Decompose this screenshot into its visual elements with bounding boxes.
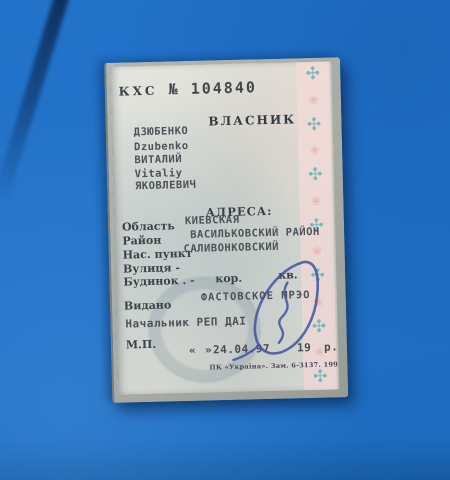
date-open-quote: «	[189, 344, 196, 357]
owner-firstname-cyrillic: ВИТАЛИЙ	[134, 153, 182, 166]
document-series: КХС	[119, 84, 158, 99]
registration-document: ✣ ❀ ✣ ❀ ✣ ❀ ✣ ❀ ✣ ❀ ✣ ❀ ✣ КХС № 104840 В…	[104, 57, 348, 403]
owner-heading: ВЛАСНИК	[208, 112, 296, 128]
blossom-icon: ❀	[308, 94, 318, 106]
clover-flower-icon: ✣	[307, 116, 322, 133]
photo-of-document: { "scene": { "surface_blue": "#1e6fc8" }…	[0, 0, 450, 480]
blue-surface-background: ✣ ❀ ✣ ❀ ✣ ❀ ✣ ❀ ✣ ❀ ✣ ❀ ✣ КХС № 104840 В…	[0, 0, 450, 480]
owner-patronymic: ЯКОВЛЕВИЧ	[135, 179, 197, 192]
clover-flower-icon: ✣	[306, 66, 321, 83]
blossom-icon: ❀	[310, 144, 320, 156]
clover-flower-icon: ✣	[313, 369, 328, 386]
surface-crease-shadow	[0, 0, 79, 205]
field-label-building: Будинок . -	[123, 274, 195, 289]
owner-surname-latin: Dzubenko	[134, 140, 189, 153]
field-label-raion: Район	[122, 234, 161, 248]
document-paper: ✣ ❀ ✣ ❀ ✣ ❀ ✣ ❀ ✣ ❀ ✣ ❀ ✣ КХС № 104840 В…	[110, 61, 339, 394]
signature-ink	[207, 251, 339, 370]
clover-flower-icon: ✣	[308, 167, 323, 184]
field-value-oblast: КИЕВСКАЯ	[185, 214, 240, 227]
blossom-icon: ❀	[311, 194, 321, 206]
issued-label: Видано	[124, 298, 172, 312]
field-label-oblast: Область	[122, 219, 175, 233]
owner-surname-cyrillic: ДЗЮБЕНКО	[134, 125, 189, 138]
field-label-settlement: Нас. пункт	[123, 247, 193, 262]
document-number: № 104840	[168, 78, 257, 98]
seal-place-label: М.П.	[126, 338, 157, 352]
